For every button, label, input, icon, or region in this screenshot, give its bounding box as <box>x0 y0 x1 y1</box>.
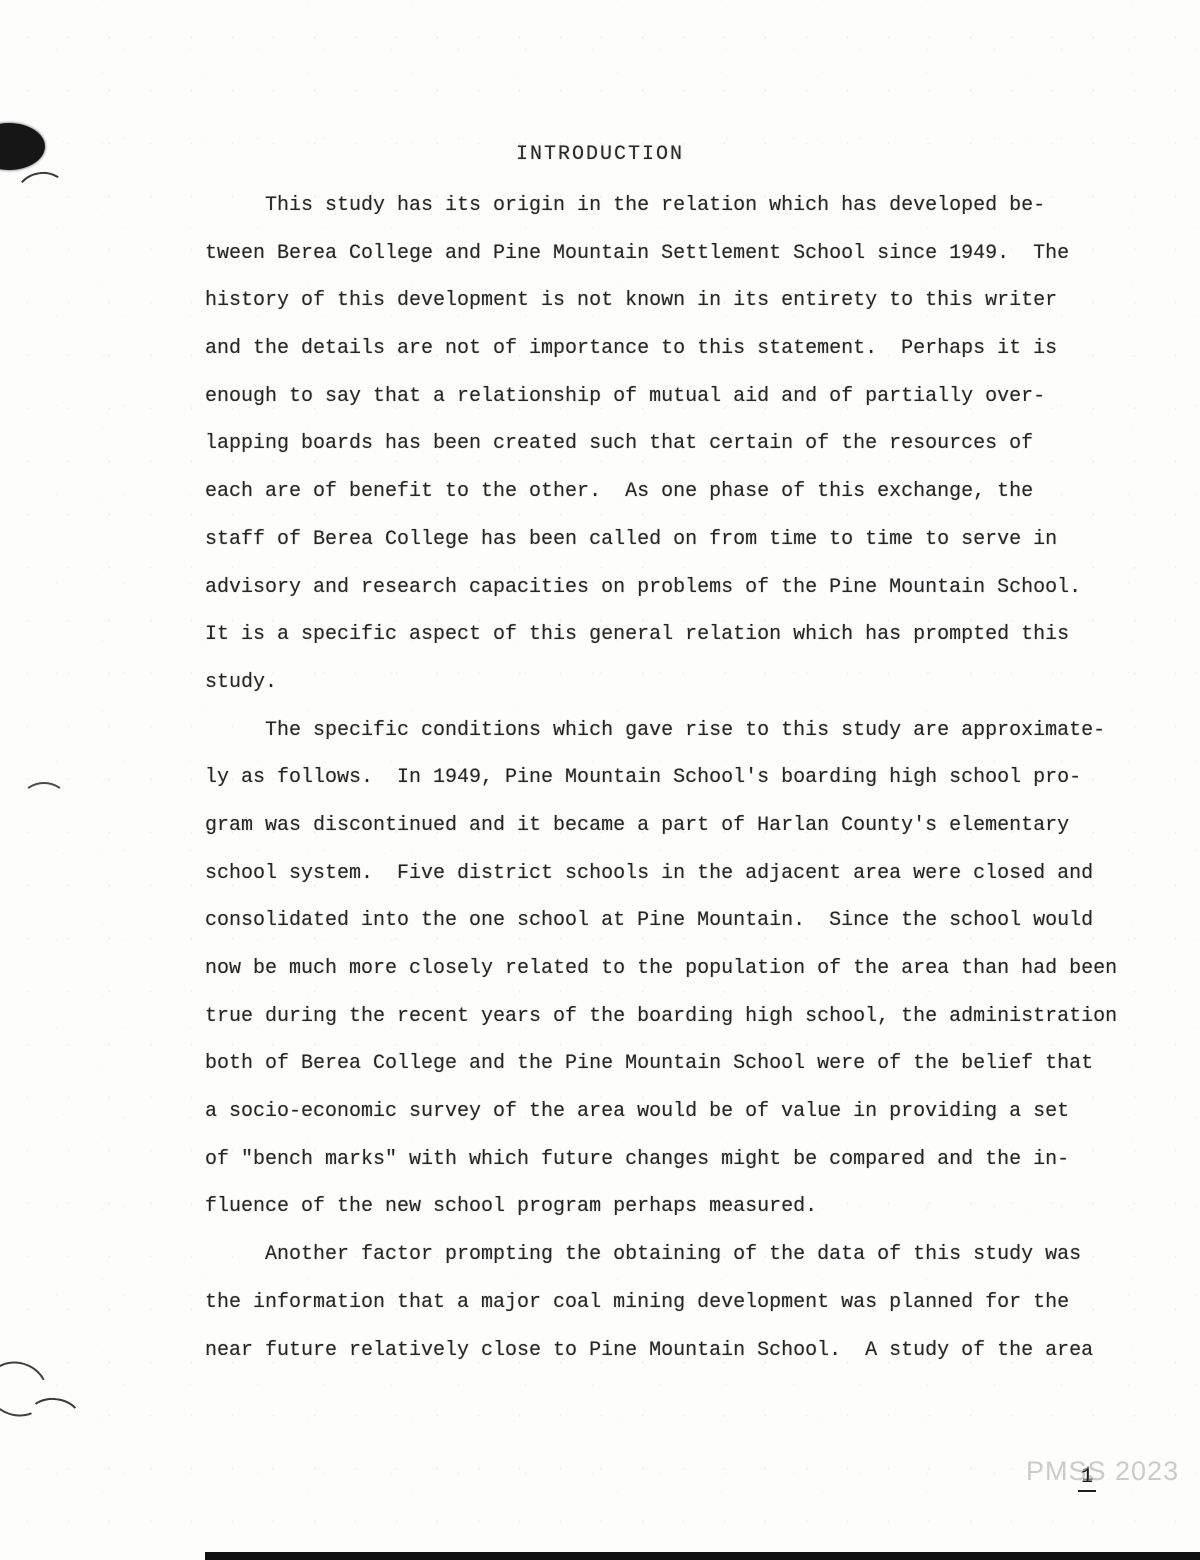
text-line: a socio-economic survey of the area woul… <box>205 1088 1145 1136</box>
text-line: each are of benefit to the other. As one… <box>205 468 1145 516</box>
text-line: ly as follows. In 1949, Pine Mountain Sc… <box>205 754 1145 802</box>
text-line: gram was discontinued and it became a pa… <box>205 802 1145 850</box>
hole-punch-arc-top <box>13 169 71 220</box>
text-line: the information that a major coal mining… <box>205 1279 1145 1327</box>
page-number: 1 <box>1078 1466 1096 1492</box>
text-line: enough to say that a relationship of mut… <box>205 373 1145 421</box>
text-line: of "bench marks" with which future chang… <box>205 1136 1145 1184</box>
text-line: and the details are not of importance to… <box>205 325 1145 373</box>
text-line: lapping boards has been created such tha… <box>205 420 1145 468</box>
text-line: The specific conditions which gave rise … <box>205 707 1145 755</box>
text-line: It is a specific aspect of this general … <box>205 611 1145 659</box>
document-page: INTRODUCTION This study has its origin i… <box>0 0 1200 1560</box>
text-line: school system. Five district schools in … <box>205 850 1145 898</box>
text-line: consolidated into the one school at Pine… <box>205 897 1145 945</box>
hole-punch-arc-middle <box>22 782 66 814</box>
text-line: near future relatively close to Pine Mou… <box>205 1327 1145 1375</box>
document-title: INTRODUCTION <box>0 143 1200 166</box>
scan-edge-bar <box>205 1552 1200 1560</box>
text-line: now be much more closely related to the … <box>205 945 1145 993</box>
watermark: PMSS 2023 <box>1026 1456 1179 1487</box>
text-line: Another factor prompting the obtaining o… <box>205 1231 1145 1279</box>
text-line: staff of Berea College has been called o… <box>205 516 1145 564</box>
text-line: advisory and research capacities on prob… <box>205 564 1145 612</box>
document-body: This study has its origin in the relatio… <box>205 182 1145 1374</box>
text-line: tween Berea College and Pine Mountain Se… <box>205 230 1145 278</box>
text-line: both of Berea College and the Pine Mount… <box>205 1040 1145 1088</box>
text-line: true during the recent years of the boar… <box>205 993 1145 1041</box>
text-line: history of this development is not known… <box>205 277 1145 325</box>
text-line: fluence of the new school program perhap… <box>205 1183 1145 1231</box>
text-line: This study has its origin in the relatio… <box>205 182 1145 230</box>
text-line: study. <box>205 659 1145 707</box>
